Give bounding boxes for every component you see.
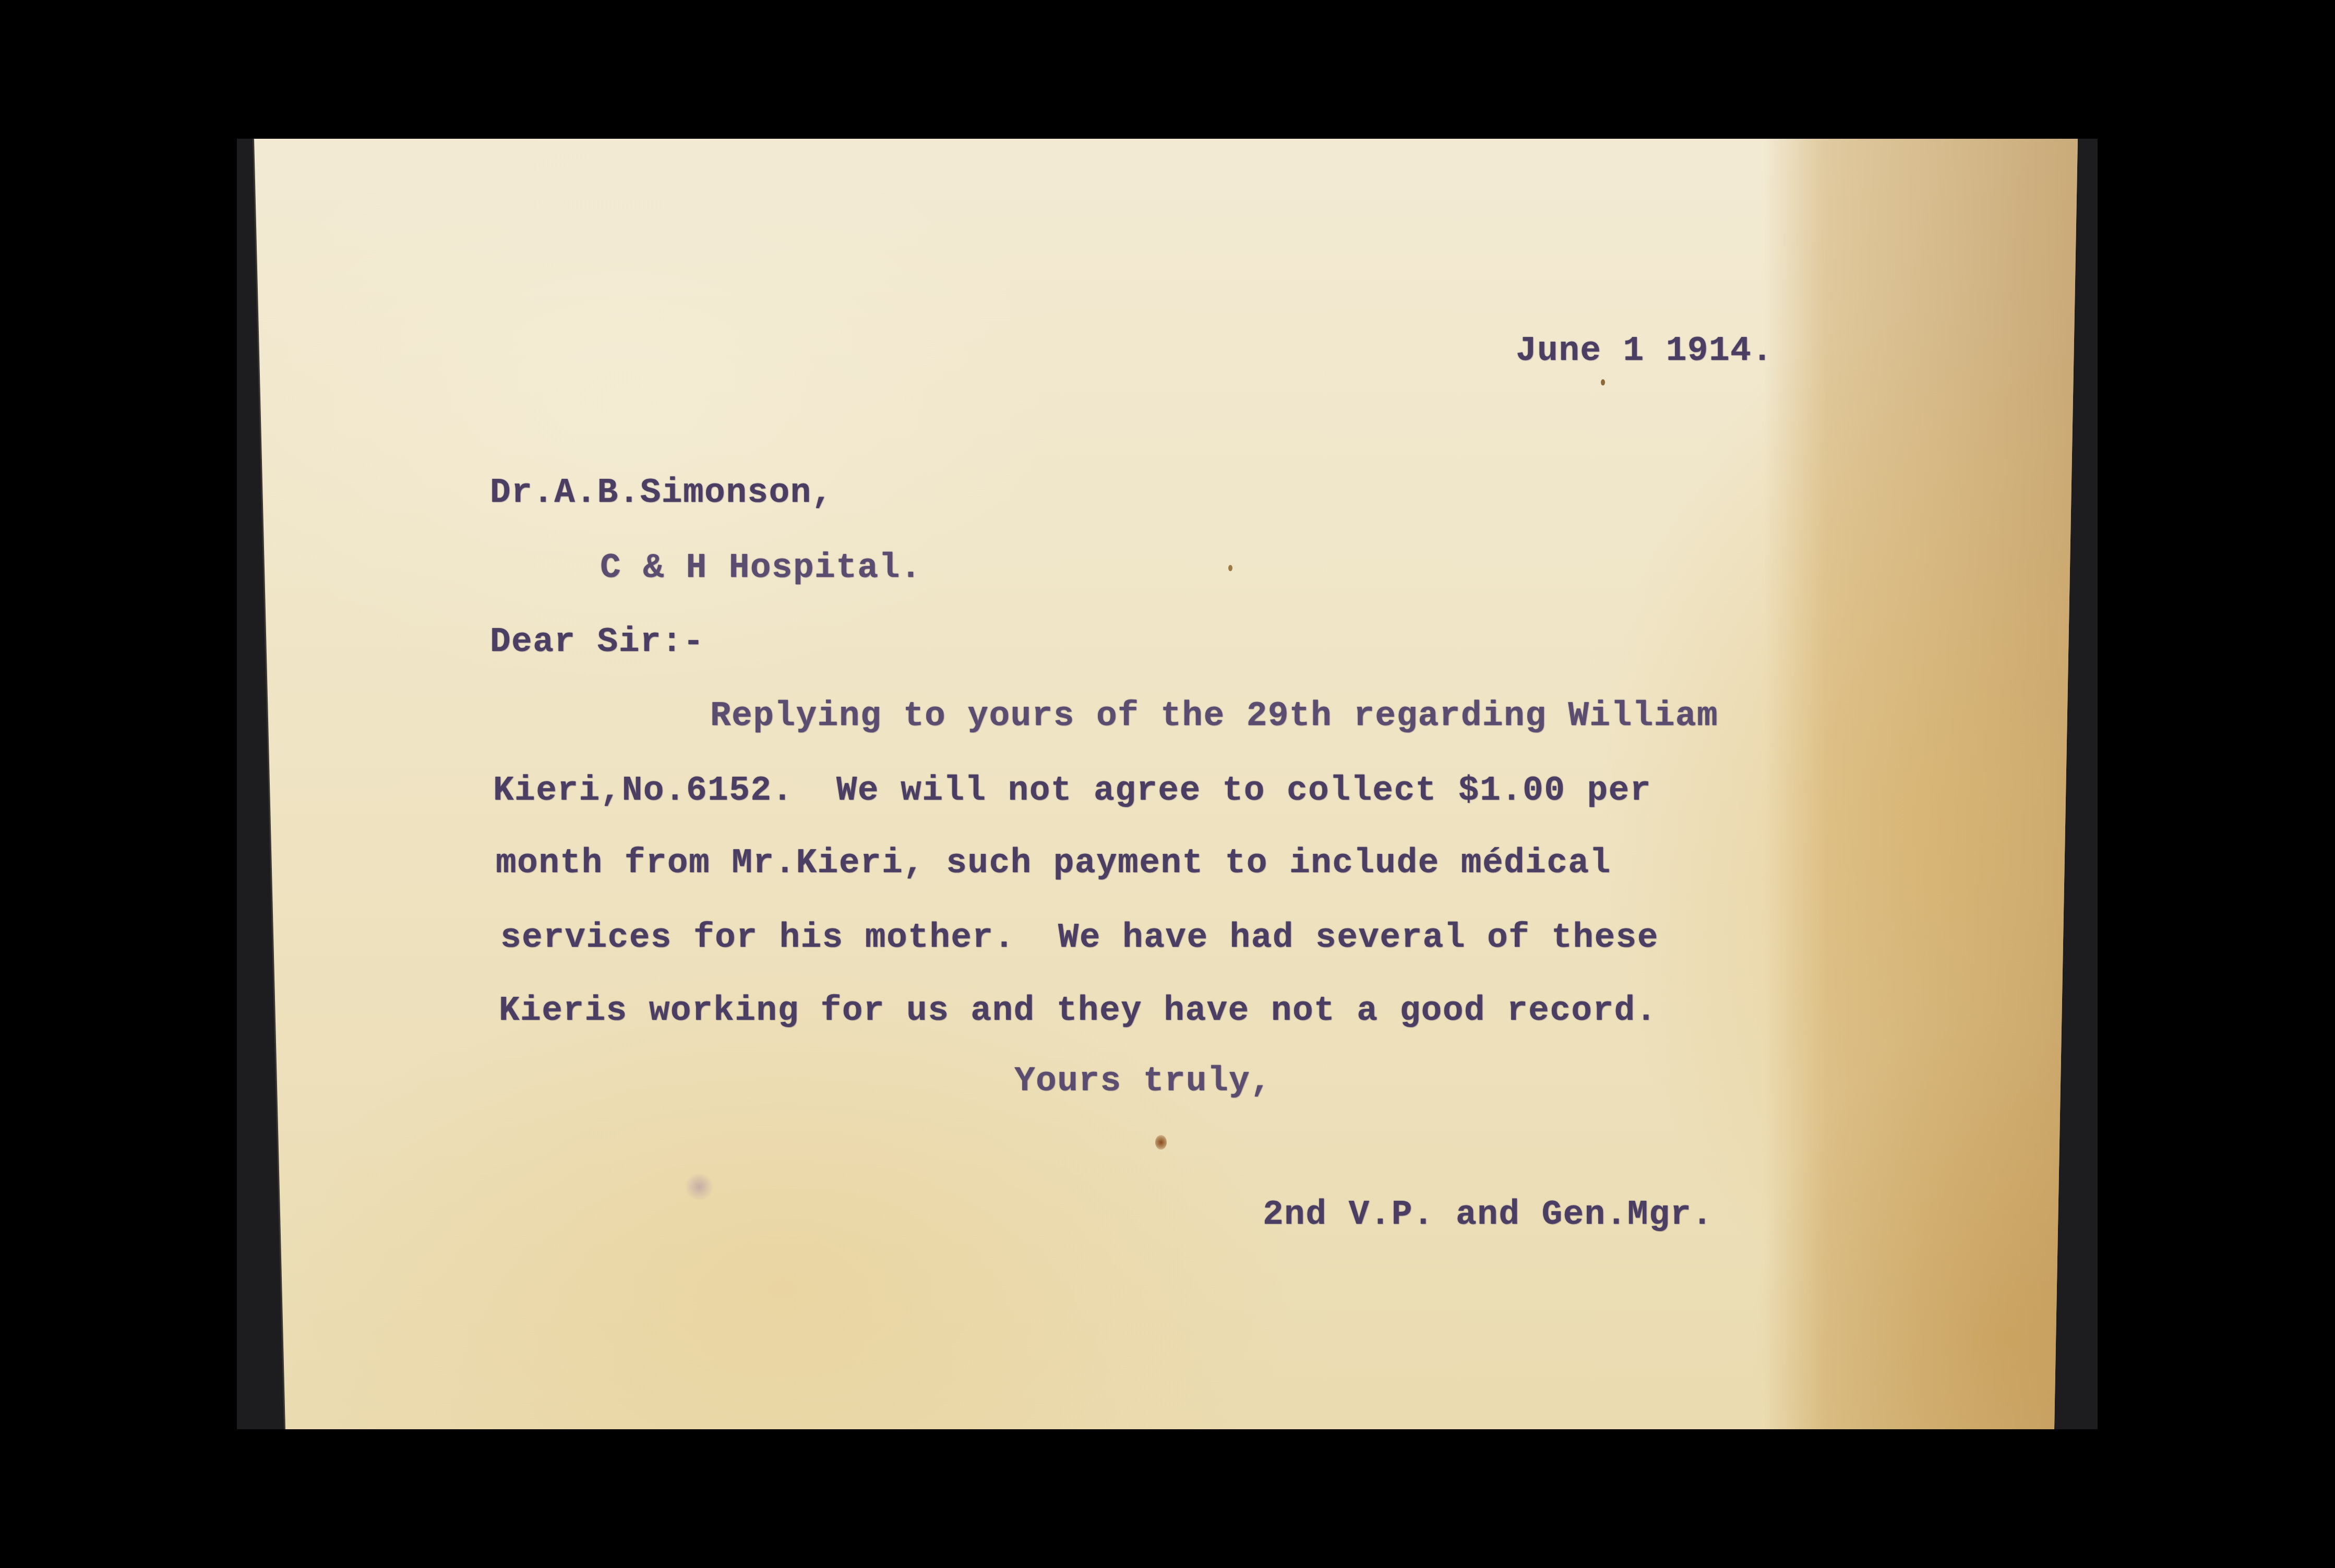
body-line-5: Kieris working for us and they have not … xyxy=(499,994,1657,1028)
recipient-name: Dr.A.B.Simonson, xyxy=(490,476,833,510)
recipient-organization: C & H Hospital. xyxy=(600,551,922,585)
signature-title: 2nd V.P. and Gen.Mgr. xyxy=(1263,1198,1713,1232)
ink-spot xyxy=(1228,565,1232,571)
body-line-3: month from Mr.Kieri, such payment to inc… xyxy=(496,846,1611,881)
body-line-4: services for his mother. We have had sev… xyxy=(500,921,1659,955)
salutation: Dear Sir:- xyxy=(490,625,704,659)
smudge-mark xyxy=(684,1174,715,1200)
body-line-1: Replying to yours of the 29th regarding … xyxy=(710,699,1718,733)
ink-spot xyxy=(1155,1135,1167,1150)
letter-date: June 1 1914. xyxy=(1516,334,1773,368)
body-line-2: Kieri,No.6152. We will not agree to coll… xyxy=(493,774,1651,808)
ink-spot xyxy=(1601,379,1605,385)
closing: Yours truly, xyxy=(1014,1064,1272,1099)
